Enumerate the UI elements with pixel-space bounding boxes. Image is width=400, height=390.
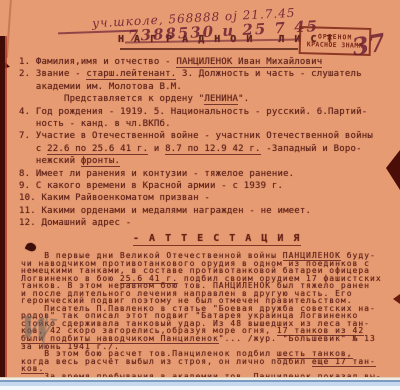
typed-line: академии им. Молотова В.М. (19, 82, 391, 94)
paper-fold-crease (5, 36, 7, 378)
torn-edge-notch (386, 150, 400, 190)
typed-line: 9. С какого времени в Красной армии - с … (19, 181, 391, 193)
typed-line: В первые дни Великой Отечественной войны… (21, 251, 395, 259)
typed-line: ность - канд. в чл.ВКПб. (19, 119, 391, 131)
typed-line: 11. Какими орденами и медалями награжден… (19, 206, 391, 218)
form-section: 1. Фамилия,имя и отчество - ПАНЦИЛЕНОК И… (19, 57, 391, 230)
typed-line: с 22.6 по 25.6 41 г. и 8.7 по 12.9 42 г.… (19, 144, 391, 156)
typed-line: 7. Участие в Отечественной войне - участ… (19, 131, 391, 143)
scanned-document-page: уч.школе, 568888 оj 21.7.45 Н А Г Р А Д … (0, 0, 400, 390)
edge-nick (393, 294, 400, 304)
typed-line: были подбиты наводчиком Панциленок"... /… (21, 334, 395, 342)
attestation-section: В первые дни Великой Отечественной войны… (21, 251, 395, 379)
typed-line: 12. Домашний адрес - (19, 218, 391, 230)
typed-line: ков, 42 скоро загорелись,образуя море ог… (21, 326, 395, 334)
typed-line: когда весь расчёт выбыл из строя, он лич… (21, 357, 395, 365)
typed-line: танков. В этом неравном бою тов. ПАНЦИЛЕ… (21, 281, 395, 289)
attestation-heading: - А Т Т Е С Т А Ц И Я (133, 233, 301, 246)
typed-line: чи наводчиком противотанкового орудия в … (21, 259, 395, 267)
window-frame-bottom (0, 377, 400, 390)
typed-line: героический подвиг поэтому не был отмече… (21, 296, 395, 304)
typed-line: В этом бою расчет тов.Панциленок подбил … (21, 349, 395, 357)
typed-line: 2. Звание - старш.лейтенант. 3. Должност… (19, 69, 391, 81)
typed-line: 1. Фамилия,имя и отчество - ПАНЦИЛЕНОК И… (19, 57, 391, 69)
title-underline (120, 48, 298, 50)
typed-line: 8. Имеет ли ранения и контузии - тяжелое… (19, 169, 391, 181)
typed-line: Представляется к ордену "ЛЕНИНА". (19, 94, 391, 106)
typed-line: 4. Год рождения - 1919. 5. Национальност… (19, 107, 391, 119)
typed-line: немецкими танками, в составе противотанк… (21, 266, 395, 274)
pencil-annotation: W (18, 310, 55, 348)
typed-line: нежский фронты. (19, 156, 391, 168)
typed-line: 10. Каким Райвоенкоматом призван - (19, 193, 391, 205)
typed-line: родов" так описал этот подвиг "Батарея у… (21, 311, 395, 319)
